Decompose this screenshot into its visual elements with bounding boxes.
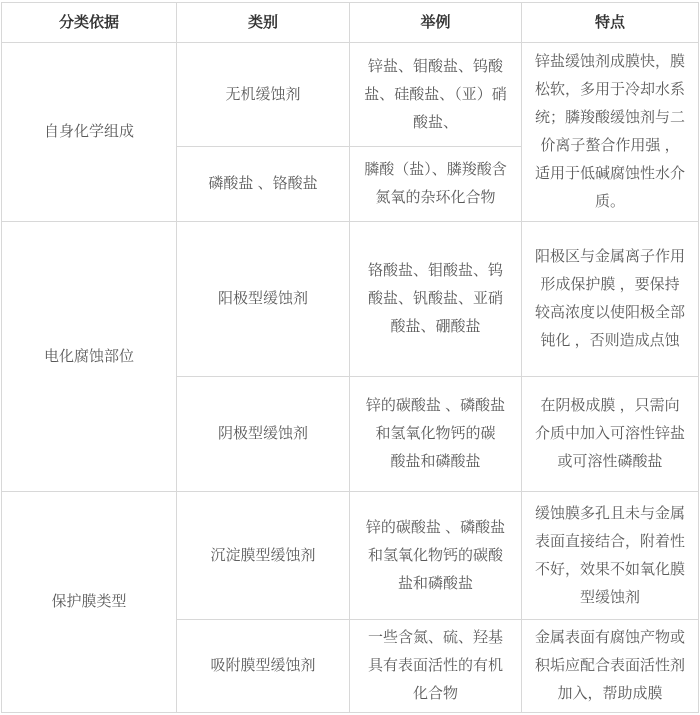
cell-basis-electrochemical-site: 电化腐蚀部位 — [2, 222, 177, 492]
cell-category-adsorption-film-inhibitor: 吸附膜型缓蚀剂 — [177, 620, 350, 713]
corrosion-inhibitor-classification-table: 分类依据 类别 举例 特点 自身化学组成 无机缓蚀剂 锌盐、钼酸盐、钨酸盐、硅酸… — [1, 2, 699, 713]
cell-category-precipitation-film-inhibitor: 沉淀膜型缓蚀剂 — [177, 492, 350, 620]
cell-feature-anodic-inhibitor: 阳极区与金属离子作用形成保护膜 ，要保持较高浓度以使阳极全部钝化 ，否则造成点蚀 — [522, 222, 699, 377]
header-basis: 分类依据 — [2, 3, 177, 43]
cell-basis-chemical-composition: 自身化学组成 — [2, 43, 177, 222]
cell-examples-cathodic-inhibitor: 锌的碳酸盐 、磷酸盐和氢氧化物钙的碳 酸盐和磷酸盐 — [350, 377, 522, 492]
cell-feature-precipitation-film-inhibitor: 缓蚀膜多孔且未与金属表面直接结合，附着性不好，效果不如氧化膜型缓蚀剂 — [522, 492, 699, 620]
cell-category-cathodic-inhibitor: 阴极型缓蚀剂 — [177, 377, 350, 492]
cell-feature-adsorption-film-inhibitor: 金属表面有腐蚀产物或积垢应配合表面活性剂加入，帮助成膜 — [522, 620, 699, 713]
cell-examples-phosphonate: 膦酸（盐）、膦羧酸含氮氧的杂环化合物 — [350, 147, 522, 222]
cell-examples-adsorption-film-inhibitor: 一些含氮、硫、羟基具有表面活性的有机化合物 — [350, 620, 522, 713]
cell-category-inorganic-inhibitor: 无机缓蚀剂 — [177, 43, 350, 147]
cell-basis-protective-film-type: 保护膜类型 — [2, 492, 177, 713]
cell-feature-cathodic-inhibitor: 在阴极成膜 ，只需向介质中加入可溶性锌盐或可溶性磷酸盐 — [522, 377, 699, 492]
cell-feature-chemical-composition: 锌盐缓蚀剂成膜快，膜松软，多用于冷却水系统；膦羧酸缓蚀剂与二价离子螯合作用强 ，… — [522, 43, 699, 222]
row-anodic-inhibitor: 电化腐蚀部位 阳极型缓蚀剂 铬酸盐、钼酸盐、钨酸盐、钒酸盐、亚硝酸盐、硼酸盐 阳… — [2, 222, 699, 377]
row-precipitation-film-inhibitor: 保护膜类型 沉淀膜型缓蚀剂 锌的碳酸盐 、磷酸盐和氢氧化物钙的碳酸盐和磷酸盐 缓… — [2, 492, 699, 620]
cell-category-anodic-inhibitor: 阳极型缓蚀剂 — [177, 222, 350, 377]
cell-examples-precipitation-film-inhibitor: 锌的碳酸盐 、磷酸盐和氢氧化物钙的碳酸盐和磷酸盐 — [350, 492, 522, 620]
header-row: 分类依据 类别 举例 特点 — [2, 3, 699, 43]
header-category: 类别 — [177, 3, 350, 43]
header-features: 特点 — [522, 3, 699, 43]
cell-category-phosphate-chromate: 磷酸盐 、铬酸盐 — [177, 147, 350, 222]
header-examples: 举例 — [350, 3, 522, 43]
row-inorganic-inhibitor: 自身化学组成 无机缓蚀剂 锌盐、钼酸盐、钨酸盐、硅酸盐、（亚）硝酸盐、 锌盐缓蚀… — [2, 43, 699, 147]
cell-examples-inorganic-inhibitor: 锌盐、钼酸盐、钨酸盐、硅酸盐、（亚）硝酸盐、 — [350, 43, 522, 147]
cell-examples-anodic-inhibitor: 铬酸盐、钼酸盐、钨酸盐、钒酸盐、亚硝酸盐、硼酸盐 — [350, 222, 522, 377]
